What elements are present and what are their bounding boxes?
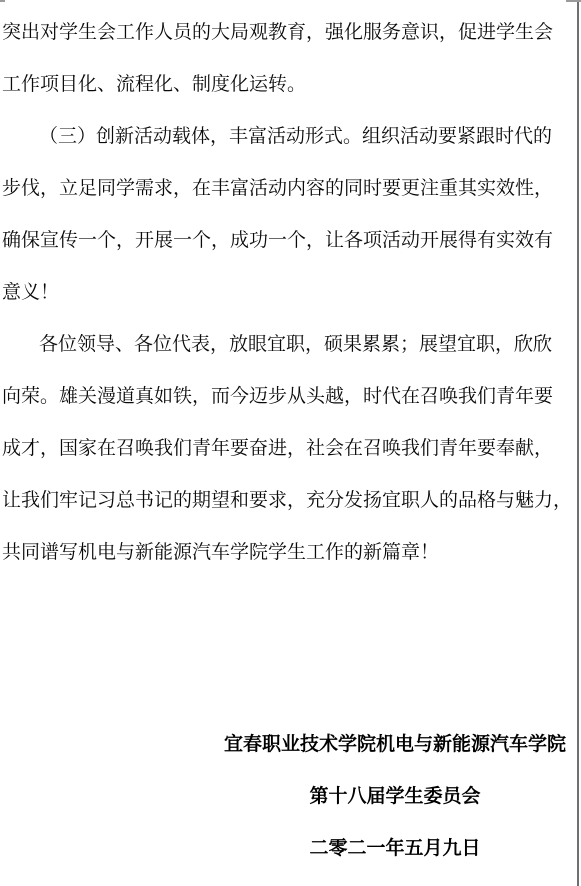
page-border-tick-top-left <box>0 0 5 2</box>
body-text-line: （三）创新活动载体，丰富活动形式。组织活动要紧跟时代的 <box>2 110 572 162</box>
body-text-line: 让我们牢记习总书记的期望和要求，充分发扬宜职人的品格与魅力， <box>2 474 572 526</box>
signature-block: 宜春职业技术学院机电与新能源汽车学院第十八届学生委员会二零二一年五月九日 <box>213 718 577 874</box>
body-text-line: 向荣。雄关漫道真如铁，而今迈步从头越，时代在召唤我们青年要 <box>2 370 572 422</box>
body-text-line: 意义！ <box>2 266 572 318</box>
document-body: 突出对学生会工作人员的大局观教育，强化服务意识，促进学生会工作项目化、流程化、制… <box>2 6 572 578</box>
body-text-line: 突出对学生会工作人员的大局观教育，强化服务意识，促进学生会 <box>2 6 572 58</box>
body-text-line: 工作项目化、流程化、制度化运转。 <box>2 58 572 110</box>
signature-line: 宜春职业技术学院机电与新能源汽车学院 <box>213 718 577 770</box>
page-edge-right-line <box>577 2 579 886</box>
body-text-line: 共同谱写机电与新能源汽车学院学生工作的新篇章！ <box>2 526 572 578</box>
body-text-line: 确保宣传一个，开展一个，成功一个，让各项活动开展得有实效有 <box>2 214 572 266</box>
document-page: 突出对学生会工作人员的大局观教育，强化服务意识，促进学生会工作项目化、流程化、制… <box>0 0 581 886</box>
signature-line: 第十八届学生委员会 <box>213 770 577 822</box>
body-text-line: 步伐，立足同学需求，在丰富活动内容的同时要更注重其实效性， <box>2 162 572 214</box>
body-text-line: 成才，国家在召唤我们青年要奋进，社会在召唤我们青年要奉献， <box>2 422 572 474</box>
body-text-line: 各位领导、各位代表，放眼宜职，硕果累累；展望宜职，欣欣 <box>2 318 572 370</box>
signature-line: 二零二一年五月九日 <box>213 822 577 874</box>
